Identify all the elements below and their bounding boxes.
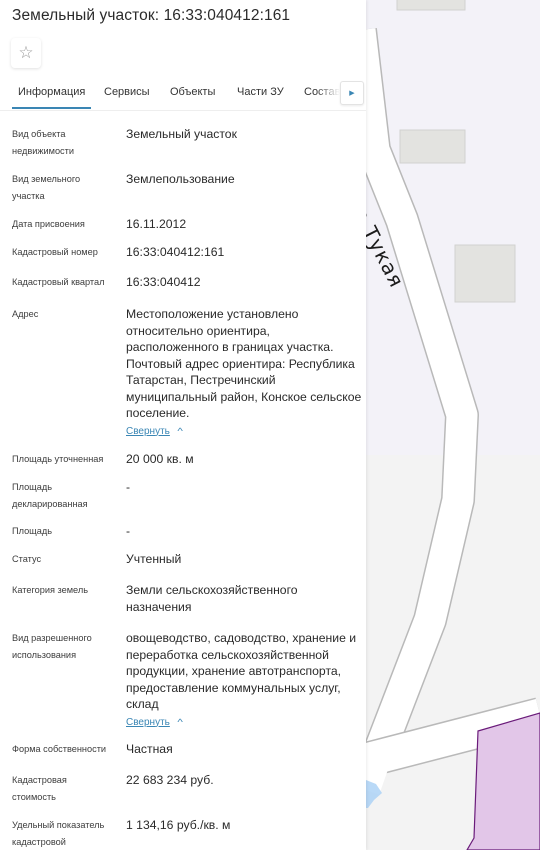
field-value: Местоположение установлено относительно …	[126, 306, 362, 422]
tab-fade	[316, 78, 340, 108]
field-value: 22 683 234 руб.	[126, 772, 358, 789]
field-label: Вид земельного участка	[12, 171, 98, 205]
star-outline-icon: ☆	[18, 43, 33, 63]
field-value: Земельный участок	[126, 126, 358, 143]
chevron-up-icon: ^	[177, 714, 183, 731]
field-label: Кадастровый квартал	[12, 274, 120, 291]
field-value: 20 000 кв. м	[126, 451, 358, 468]
field-label: Категория земель	[12, 582, 120, 599]
field-value-container: овощеводство, садоводство, хранение и пе…	[126, 630, 362, 731]
field-value: Землепользование	[126, 171, 358, 188]
field-value: 16:33:040412:161	[126, 244, 358, 261]
page-title: Земельный участок: 16:33:040412:161	[12, 7, 290, 25]
field-value: 1 134,16 руб./кв. м	[126, 817, 358, 834]
tab-bar: Информация Сервисы Объекты Части ЗУ Сост…	[0, 78, 366, 111]
field-label: Кадастровый номер	[12, 244, 120, 261]
info-panel: Земельный участок: 16:33:040412:161 ☆ Ин…	[0, 0, 366, 850]
favorite-button[interactable]: ☆	[11, 38, 41, 68]
map-building	[455, 245, 515, 302]
field-label: Форма собственности	[12, 741, 120, 758]
tabs-scroll-right-button[interactable]: ▶	[340, 81, 364, 105]
chevron-up-icon: ^	[177, 423, 183, 440]
field-label: Площадь декларированная	[12, 479, 112, 513]
field-value: Учтенный	[126, 551, 358, 568]
collapse-permitted-use-link[interactable]: Свернуть	[126, 715, 170, 732]
tab-information[interactable]: Информация	[18, 86, 85, 98]
field-value: 16:33:040412	[126, 274, 358, 291]
field-value: овощеводство, садоводство, хранение и пе…	[126, 630, 362, 713]
field-label: Дата присвоения	[12, 216, 120, 233]
tab-objects[interactable]: Объекты	[170, 86, 215, 98]
triangle-right-icon: ▶	[349, 89, 354, 97]
field-label: Удельный показатель кадастровой	[12, 817, 116, 850]
field-value: -	[126, 523, 358, 540]
field-value: Частная	[126, 741, 358, 758]
map-parcel-polygon	[467, 713, 540, 850]
field-label: Кадастровая стоимость	[12, 772, 92, 806]
field-label: Площадь уточненная	[12, 451, 120, 468]
field-label: Адрес	[12, 306, 120, 323]
field-label: Вид разрешенного использования	[12, 630, 112, 664]
tab-parts[interactable]: Части ЗУ	[237, 86, 284, 98]
field-value: 16.11.2012	[126, 216, 358, 233]
field-label: Площадь	[12, 523, 120, 540]
collapse-label: Свернуть	[126, 717, 170, 728]
collapse-label: Свернуть	[126, 426, 170, 437]
field-label: Вид объекта недвижимости	[12, 126, 120, 160]
field-value-container: Местоположение установлено относительно …	[126, 306, 362, 440]
field-value: Земли сельскохозяйственного назначения	[126, 582, 326, 615]
tab-services[interactable]: Сервисы	[104, 86, 150, 98]
map-building	[400, 130, 465, 163]
field-label: Статус	[12, 551, 120, 568]
collapse-address-link[interactable]: Свернуть	[126, 424, 170, 441]
map-building	[397, 0, 465, 10]
field-value: -	[126, 479, 358, 496]
